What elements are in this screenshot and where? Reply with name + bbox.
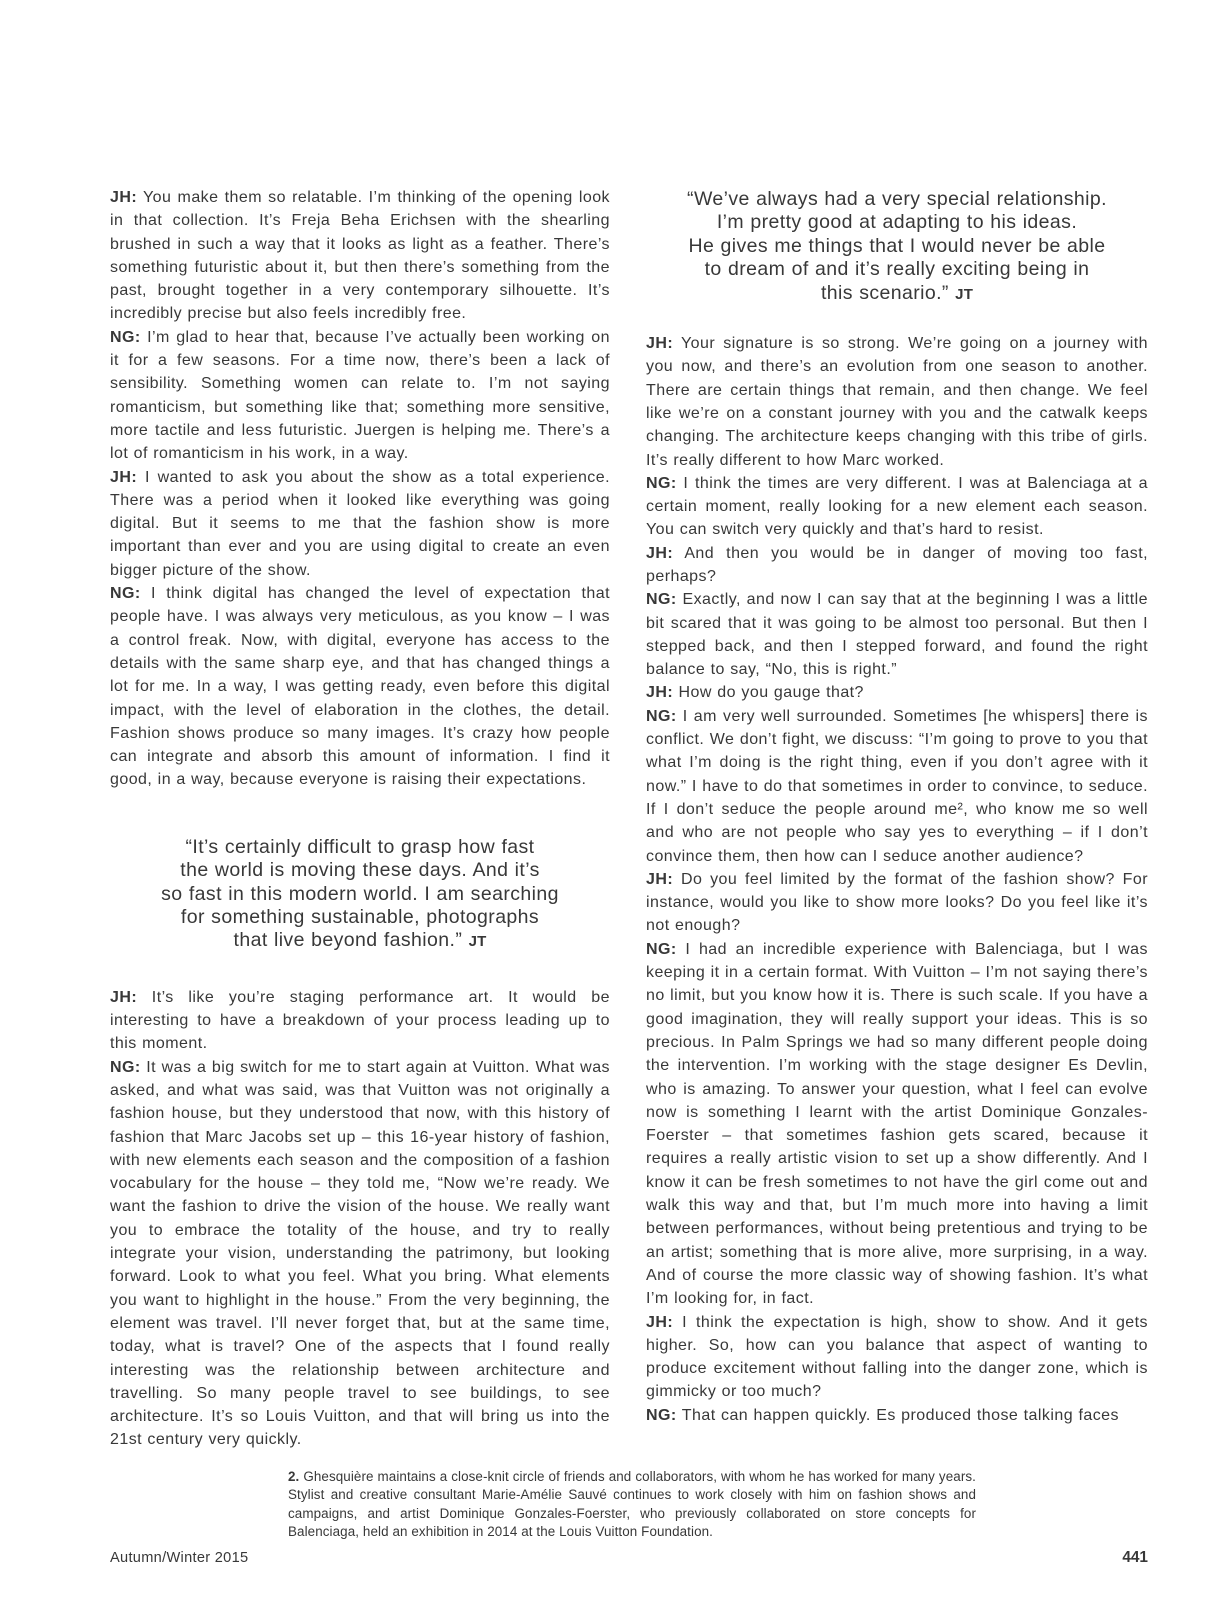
dialogue-text: I had an incredible experience with Bale… <box>646 941 1148 1307</box>
dialogue-paragraph: NG: I think digital has changed the leve… <box>110 582 610 792</box>
dialogue-text: Do you feel limited by the format of the… <box>646 871 1148 935</box>
speaker-label: NG: <box>646 1407 677 1424</box>
speaker-label: JH: <box>646 684 673 701</box>
speaker-label: JH: <box>646 871 673 888</box>
dialogue-text: I wanted to ask you about the show as a … <box>110 469 610 579</box>
pull-quote-line-text: this scenario.” <box>821 282 949 304</box>
quote-attribution: JT <box>469 933 487 950</box>
speaker-label: NG: <box>646 591 677 608</box>
speaker-label: JH: <box>646 545 673 562</box>
pull-quote-line: He gives me things that I would never be… <box>646 235 1148 258</box>
dialogue-paragraph: NG: That can happen quickly. Es produced… <box>646 1404 1148 1427</box>
speaker-label: JH: <box>110 469 137 486</box>
speaker-label: NG: <box>110 1059 141 1076</box>
speaker-label: JH: <box>646 1314 673 1331</box>
dialogue-paragraph: NG: I think the times are very different… <box>646 472 1148 542</box>
speaker-label: NG: <box>110 585 141 602</box>
dialogue-paragraph: JH: I wanted to ask you about the show a… <box>110 466 610 582</box>
magazine-page: { "page": { "footer": { "edition": "Autu… <box>0 0 1213 1600</box>
page-number: 441 <box>1122 1549 1148 1567</box>
dialogue-text: Your signature is so strong. We’re going… <box>646 335 1148 468</box>
footnote-text: Ghesquière maintains a close-knit circle… <box>288 1469 976 1539</box>
speaker-label: NG: <box>646 708 677 725</box>
dialogue-text: Exactly, and now I can say that at the b… <box>646 591 1148 678</box>
pull-quote: “We’ve always had a very special relatio… <box>646 188 1148 306</box>
pull-quote-line: so fast in this modern world. I am searc… <box>110 883 610 906</box>
dialogue-paragraph: JH: How do you gauge that? <box>646 681 1148 704</box>
speaker-label: NG: <box>110 329 141 346</box>
pull-quote-line: to dream of and it’s really exciting bei… <box>646 258 1148 281</box>
dialogue-paragraph: NG: It was a big switch for me to start … <box>110 1056 610 1452</box>
quote-attribution: JT <box>955 286 973 303</box>
pull-quote-line: “We’ve always had a very special relatio… <box>646 188 1148 211</box>
footer-edition: Autumn/Winter 2015 <box>110 1550 248 1566</box>
pull-quote-line: “It’s certainly difficult to grasp how f… <box>110 836 610 859</box>
speaker-label: NG: <box>646 475 677 492</box>
pull-quote-line-text: that live beyond fashion.” <box>234 929 463 951</box>
footnote: 2. Ghesquière maintains a close-knit cir… <box>288 1468 976 1542</box>
footnote-marker: 2. <box>288 1469 299 1484</box>
speaker-label: JH: <box>110 189 137 206</box>
dialogue-paragraph: JH: Do you feel limited by the format of… <box>646 868 1148 938</box>
dialogue-text: I am very well surrounded. Sometimes [he… <box>646 708 1148 865</box>
dialogue-paragraph: NG: I am very well surrounded. Sometimes… <box>646 705 1148 868</box>
dialogue-text: And then you would be in danger of movin… <box>646 545 1148 585</box>
dialogue-paragraph: JH: And then you would be in danger of m… <box>646 542 1148 589</box>
dialogue-text: It was a big switch for me to start agai… <box>110 1059 610 1449</box>
dialogue-text: How do you gauge that? <box>679 684 864 701</box>
dialogue-paragraph: NG: Exactly, and now I can say that at t… <box>646 588 1148 681</box>
pull-quote-line: that live beyond fashion.” JT <box>110 929 610 953</box>
speaker-label: NG: <box>646 941 677 958</box>
dialogue-text: It’s like you’re staging performance art… <box>110 989 610 1053</box>
pull-quote-line: I’m pretty good at adapting to his ideas… <box>646 211 1148 234</box>
speaker-label: JH: <box>110 989 137 1006</box>
dialogue-text: I’m glad to hear that, because I’ve actu… <box>110 329 610 462</box>
pull-quote-line: the world is moving these days. And it’s <box>110 859 610 882</box>
pull-quote-line: for something sustainable, photographs <box>110 906 610 929</box>
right-column: “We’ve always had a very special relatio… <box>646 186 1148 1427</box>
left-column: JH: You make them so relatable. I’m thin… <box>110 186 610 1452</box>
dialogue-paragraph: JH: I think the expectation is high, sho… <box>646 1311 1148 1404</box>
dialogue-text: You make them so relatable. I’m thinking… <box>110 189 610 322</box>
speaker-label: JH: <box>646 335 673 352</box>
dialogue-text: I think digital has changed the level of… <box>110 585 610 788</box>
dialogue-paragraph: NG: I had an incredible experience with … <box>646 938 1148 1311</box>
dialogue-text: I think the expectation is high, show to… <box>646 1314 1148 1401</box>
pull-quote: “It’s certainly difficult to grasp how f… <box>110 836 610 954</box>
dialogue-paragraph: JH: You make them so relatable. I’m thin… <box>110 186 610 326</box>
dialogue-text: I think the times are very different. I … <box>646 475 1148 539</box>
dialogue-paragraph: JH: It’s like you’re staging performance… <box>110 986 610 1056</box>
dialogue-paragraph: NG: I’m glad to hear that, because I’ve … <box>110 326 610 466</box>
pull-quote-line: this scenario.” JT <box>646 282 1148 306</box>
dialogue-paragraph: JH: Your signature is so strong. We’re g… <box>646 332 1148 472</box>
dialogue-text: That can happen quickly. Es produced tho… <box>682 1407 1119 1424</box>
